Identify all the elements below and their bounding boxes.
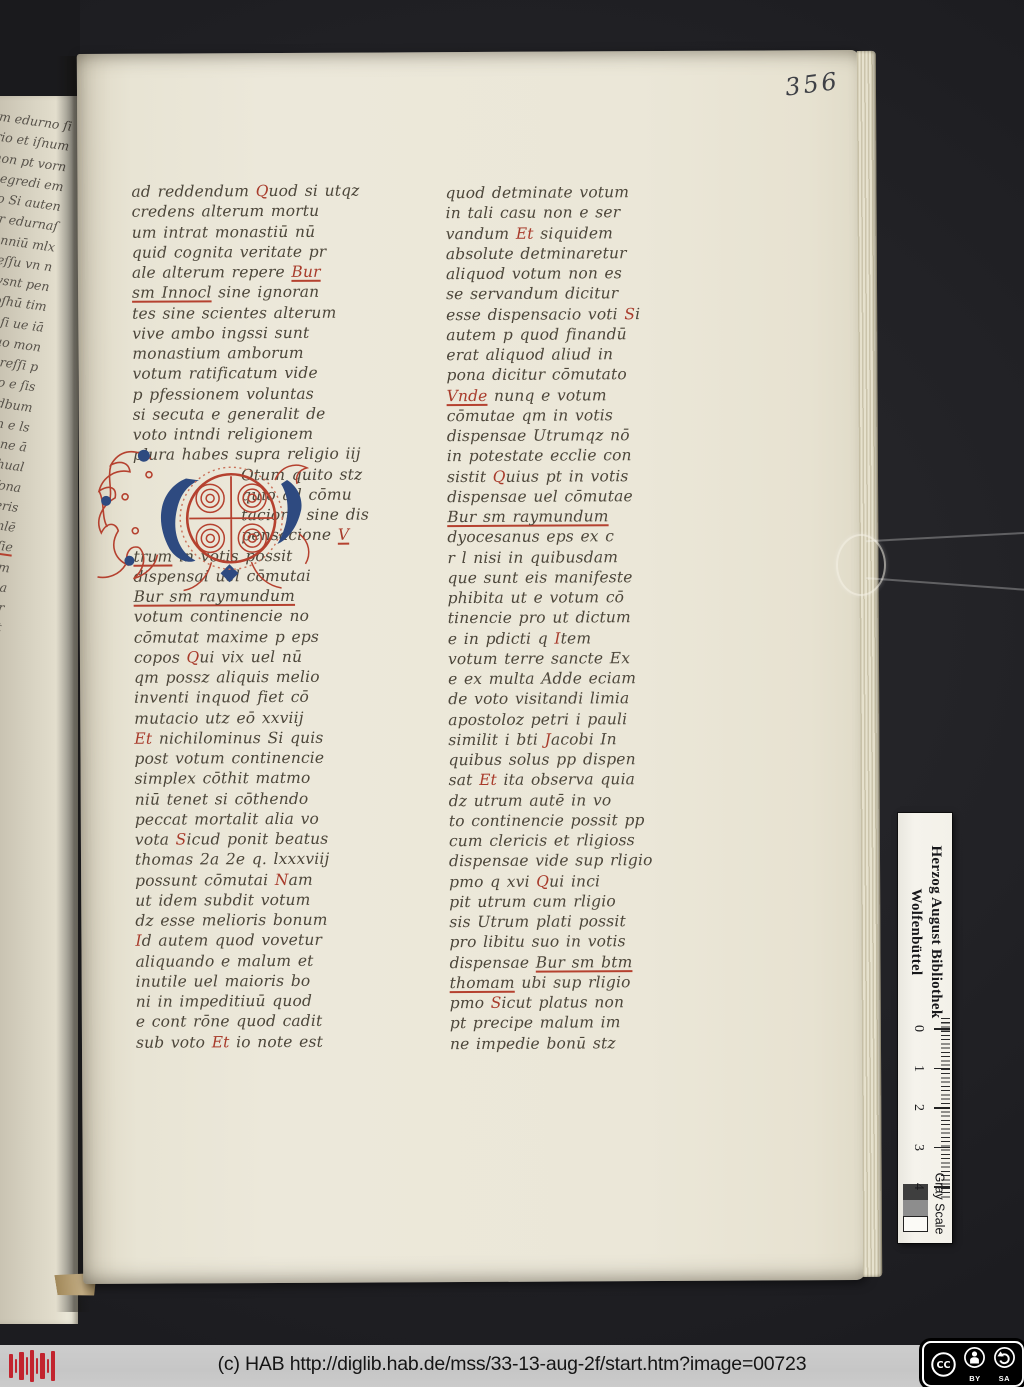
manuscript-line: votum terre sancte Ex <box>448 647 748 669</box>
manuscript-line: dz esse melioris bonum <box>135 909 435 931</box>
manuscript-line: Id autem quod vovetur <box>135 929 435 951</box>
manuscript-line: sm Innocl sine ignoran <box>132 281 432 303</box>
manuscript-line: niū tenet si cōthendo <box>135 788 435 810</box>
manuscript-line: phibita ut e votum cō <box>448 587 748 609</box>
manuscript-line: tes sine scientes alterum <box>132 302 432 324</box>
clip-strip-edge-bottom <box>866 577 1024 590</box>
illuminated-initial-icon <box>89 438 340 599</box>
manuscript-line: dyocesanus eps ex c <box>447 526 747 548</box>
manuscript-line: quod detminate votum <box>445 182 745 204</box>
manuscript-line: cōmutae qm in votis <box>447 404 747 426</box>
ruler-title-line1: Herzog August Bibliothek <box>926 826 946 1038</box>
manuscript-line: vota Sicud ponit beatus <box>135 828 435 850</box>
manuscript-line: ale alterum repere Bur <box>132 261 432 283</box>
manuscript-line: mutacio utz eō xxviij <box>134 707 434 729</box>
manuscript-line: Bur sm raymundum <box>447 506 747 528</box>
grayscale-swatch-white <box>903 1216 928 1232</box>
ruler-major-tick <box>934 1028 950 1030</box>
manuscript-page: 356 ad reddendum Quod si utqzcredens alt… <box>77 50 865 1284</box>
manuscript-line: credens alterum mortu <box>132 200 432 222</box>
manuscript-line: aliquando e malum et <box>135 950 435 972</box>
manuscript-line: sistit Quius pt in votis <box>447 465 747 487</box>
copyright-url: (c) HAB http://diglib.hab.de/mss/33-13-a… <box>0 1353 1024 1376</box>
manuscript-line: erat aliquod aliud in <box>446 344 746 366</box>
ruler-major-tick <box>934 1107 950 1109</box>
manuscript-line: copos Qui vix uel nū <box>134 646 434 668</box>
ruler-library-title: Herzog August Bibliothek Wolfenbüttel <box>904 826 946 1038</box>
manuscript-line: to continencie possit pp <box>449 809 749 831</box>
manuscript-line: sat Et ita observa quia <box>449 769 749 791</box>
manuscript-line: um intrat monastiū nū <box>132 221 432 243</box>
reference-ruler: Herzog August Bibliothek Wolfenbüttel Gr… <box>898 813 952 1243</box>
cc-license-badge: CC BY SA <box>922 1341 1024 1387</box>
manuscript-line: dispensae vide sup rligio <box>449 850 749 872</box>
manuscript-line: que sunt eis manifeste <box>447 566 747 588</box>
manuscript-line: cum clericis et rligioss <box>449 830 749 852</box>
manuscript-line: pona dicitur cōmutato <box>446 364 746 386</box>
ruler-number: 1 <box>911 1061 926 1076</box>
manuscript-line: tinencie pro ut dictum <box>448 607 748 629</box>
digitized-manuscript-scan: { "page": { "number": "356" }, "colors":… <box>0 0 1024 1387</box>
manuscript-line: ni in impeditiuū quod <box>136 990 436 1012</box>
manuscript-line: e in pdicti q Item <box>448 627 748 649</box>
sa-icon <box>993 1346 1016 1374</box>
manuscript-line: vive ambo ingssi sunt <box>132 322 432 344</box>
ruler-title-line2: Wolfenbüttel <box>906 826 926 1038</box>
manuscript-line: ad reddendum Quod si utqz <box>131 180 431 202</box>
manuscript-line: cōmutat maxime p eps <box>134 626 434 648</box>
manuscript-line: thomas 2a 2e q. lxxxviij <box>135 848 435 870</box>
manuscript-line: peccat mortalit alia vo <box>135 808 435 830</box>
ruler-major-tick <box>934 1068 950 1070</box>
ruler-number: 0 <box>911 1021 926 1036</box>
by-label: BY <box>969 1374 980 1383</box>
manuscript-line: dispensae uel cōmutae <box>447 485 747 507</box>
sa-label: SA <box>999 1374 1010 1383</box>
manuscript-line: e ex multa Adde eciam <box>448 668 748 690</box>
manuscript-line: de voto visitandi limia <box>448 688 748 710</box>
manuscript-line: dispensae Utrumqz nō <box>447 425 747 447</box>
manuscript-line: ut idem subdit votum <box>135 889 435 911</box>
by-icon <box>963 1346 986 1374</box>
clip-strip-edge-top <box>866 532 1024 542</box>
grayscale-label: Gray Scale <box>932 1170 947 1238</box>
ruler-major-tick <box>934 1147 950 1149</box>
manuscript-line: Et nichilominus Si quis <box>134 727 434 749</box>
manuscript-line: in potestate ecclie con <box>447 445 747 467</box>
page-stack-edge <box>857 51 882 1277</box>
manuscript-line: votum ratificatum vide <box>132 362 432 384</box>
ruler-major-tick <box>934 1186 950 1188</box>
manuscript-line: post votum continencie <box>134 747 434 769</box>
manuscript-line: possunt cōmutai Nam <box>135 869 435 891</box>
manuscript-line: vandum Et siquidem <box>446 222 746 244</box>
manuscript-line: sis Utrum plati possit <box>449 911 749 933</box>
manuscript-line: monastium amborum <box>132 342 432 364</box>
manuscript-line: r l nisi in quibusdam <box>447 546 747 568</box>
svg-text:CC: CC <box>937 1360 951 1371</box>
ruler-number: 3 <box>911 1140 926 1155</box>
manuscript-line: quid cognita veritate pr <box>132 241 432 263</box>
manuscript-line: dispensae Bur sm btm <box>449 951 749 973</box>
text-column-right: quod detminate votumin tali casu non e s… <box>445 182 750 1054</box>
page-holding-clip <box>836 534 886 596</box>
manuscript-line: absolute detminaretur <box>446 242 746 264</box>
manuscript-line: ne impedie bonū stz <box>450 1032 750 1054</box>
manuscript-line: Vnde nunq e votum <box>447 384 747 406</box>
manuscript-line: inventi inquod fiet cō <box>134 686 434 708</box>
text-column-left: ad reddendum Quod si utqzcredens alterum… <box>131 180 436 1052</box>
manuscript-line: pmo Sicut platus non <box>450 992 750 1014</box>
manuscript-line: autem p quod finandū <box>446 323 746 345</box>
manuscript-line: se servandum dicitur <box>446 283 746 305</box>
page-number: 356 <box>783 67 841 102</box>
ruler-number: 2 <box>911 1100 926 1115</box>
manuscript-line: qm possz aliquis melio <box>134 666 434 688</box>
manuscript-line: in tali casu non e ser <box>446 202 746 224</box>
manuscript-line: si secuta e generalit de <box>133 403 433 425</box>
ruler-number: 4 <box>911 1179 926 1194</box>
manuscript-line: votum continencie no <box>134 605 434 627</box>
cc-icon: CC <box>930 1351 957 1378</box>
manuscript-line: e cont rōne quod cadit <box>136 1010 436 1032</box>
manuscript-line: p pfessionem voluntas <box>133 383 433 405</box>
manuscript-line: thomam ubi sup rligio <box>450 971 750 993</box>
manuscript-line: quibus solus pp dispen <box>448 749 748 771</box>
manuscript-line: aliquod votum non es <box>446 263 746 285</box>
manuscript-line: pit utrum cum rligio <box>449 890 749 912</box>
manuscript-line: inutile uel maioris bo <box>136 970 436 992</box>
footer-bar: (c) HAB http://diglib.hab.de/mss/33-13-a… <box>0 1345 1024 1387</box>
manuscript-line: pro libitu suo in votis <box>449 931 749 953</box>
manuscript-line: esse dispensacio voti Si <box>446 303 746 325</box>
manuscript-line: simplex cōthit matmo <box>135 767 435 789</box>
manuscript-line: similit i bti Jacobi In <box>448 728 748 750</box>
manuscript-line: pt precipe malum im <box>450 1012 750 1034</box>
manuscript-line: apostoloz petri i pauli <box>448 708 748 730</box>
manuscript-line: dz utrum autē in vo <box>449 789 749 811</box>
grayscale-swatch-mid <box>903 1200 928 1216</box>
manuscript-line: pmo q xvi Qui inci <box>449 870 749 892</box>
manuscript-line: sub voto Et io note est <box>136 1031 436 1053</box>
